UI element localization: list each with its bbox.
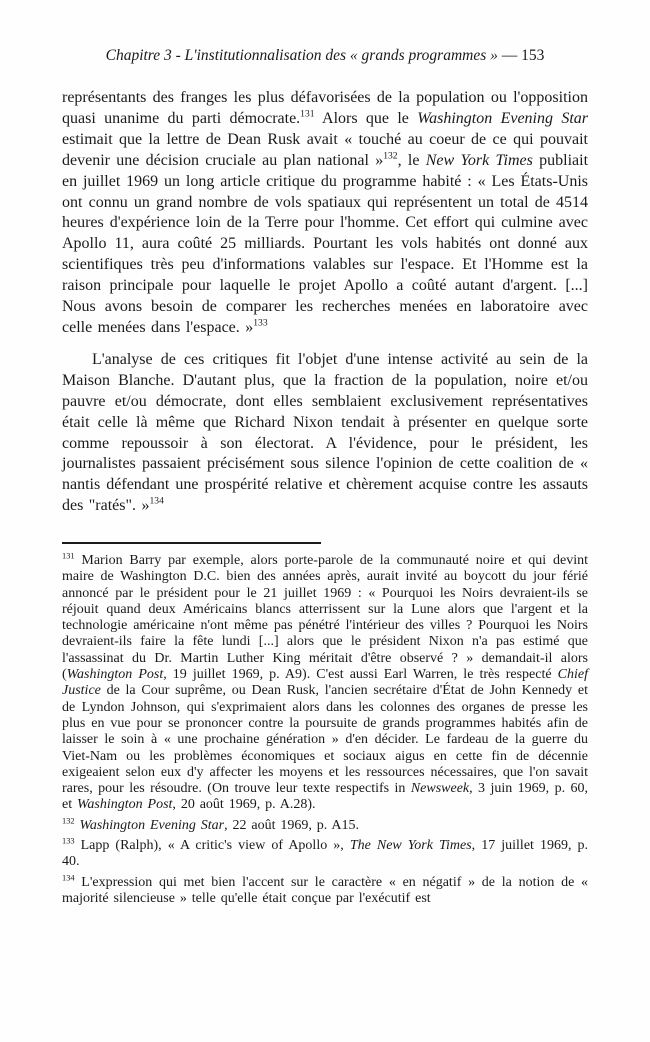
- text-segment: Lapp (Ralph), « A critic's view of Apoll…: [75, 838, 350, 853]
- footnote-132: 132 Washington Evening Star, 22 août 196…: [62, 818, 588, 834]
- text-segment: Washington Evening Star: [79, 818, 224, 833]
- text-segment: L'expression qui met bien l'accent sur l…: [62, 875, 588, 906]
- footnote-131: 131 Marion Barry par exemple, alors port…: [62, 553, 588, 814]
- text-segment: New York Times: [426, 152, 533, 169]
- text-segment: Washington Evening Star: [417, 110, 588, 127]
- text-segment: , 19 juillet 1969, p. A9). C'est aussi E…: [163, 667, 557, 682]
- footnote-ref: 134: [149, 496, 163, 507]
- footnote-number: 132: [62, 816, 75, 825]
- text-segment: publiait en juillet 1969 un long article…: [62, 152, 588, 336]
- footnote-ref: 133: [253, 318, 267, 329]
- body-text: représentants des franges les plus défav…: [62, 88, 588, 517]
- paragraph-1: représentants des franges les plus défav…: [62, 88, 588, 339]
- footnote-separator: [62, 542, 321, 544]
- footnotes: 131 Marion Barry par exemple, alors port…: [62, 553, 588, 907]
- text-segment: The New York Times: [350, 838, 472, 853]
- running-header: Chapitre 3 - L'institutionnalisation des…: [62, 47, 588, 65]
- text-segment: L'analyse de ces critiques fit l'objet d…: [62, 351, 588, 514]
- text-segment: de la Cour suprême, ou Dean Rusk, l'anci…: [62, 683, 588, 796]
- footnote-133: 133 Lapp (Ralph), « A critic's view of A…: [62, 838, 588, 871]
- text-segment: — 153: [498, 47, 545, 64]
- text-segment: , le: [398, 152, 426, 169]
- text-segment: Washington Post: [77, 797, 172, 812]
- footnote-number: 133: [62, 836, 75, 845]
- footnote-ref: 131: [300, 109, 314, 120]
- text-segment: , 22 août 1969, p. A15.: [224, 818, 359, 833]
- text-segment: Alors que le: [315, 110, 418, 127]
- footnote-number: 131: [62, 551, 75, 560]
- text-segment: Newsweek: [411, 781, 469, 796]
- text-segment: Washington Post: [67, 667, 164, 682]
- footnote-number: 134: [62, 873, 75, 882]
- text-segment: Marion Barry par exemple, alors porte-pa…: [62, 553, 588, 682]
- text-segment: , 20 août 1969, p. A.28).: [172, 797, 315, 812]
- footnote-134: 134 L'expression qui met bien l'accent s…: [62, 875, 588, 908]
- paragraph-2: L'analyse de ces critiques fit l'objet d…: [62, 350, 588, 517]
- book-page: Chapitre 3 - L'institutionnalisation des…: [0, 0, 650, 1042]
- text-segment: Chapitre 3 - L'institutionnalisation des…: [106, 47, 498, 64]
- footnote-ref: 132: [383, 150, 397, 161]
